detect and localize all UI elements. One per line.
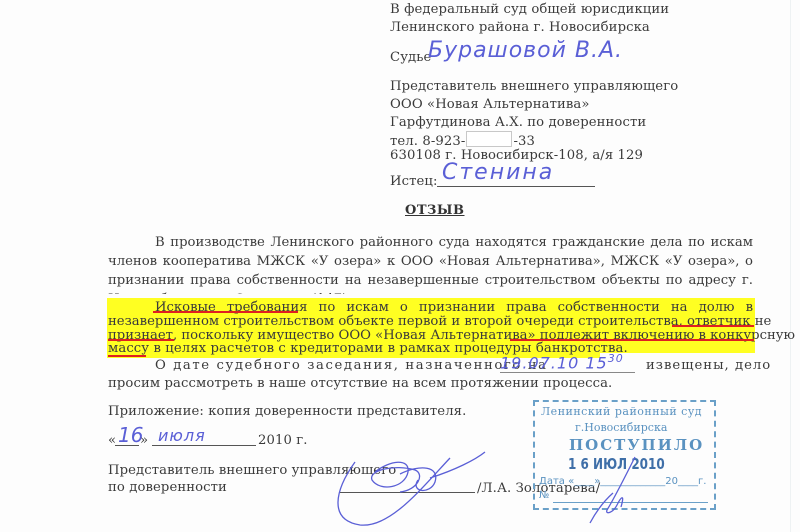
red-underline-subject-inclusion — [510, 339, 754, 341]
para3-line1-after: извещены, дело — [646, 358, 771, 374]
court-addressee-line1: В федеральный суд общей юрисдикции — [390, 2, 669, 18]
representative-name: Гарфутдинова А.Х. по доверенности — [390, 115, 646, 131]
date-month-underline — [152, 445, 256, 446]
red-underline-defendant — [672, 325, 754, 327]
date-month-handwritten: июля — [158, 426, 206, 445]
date-year: 2010 г. — [258, 433, 308, 449]
para1-line1: В производстве Ленинского районного суда… — [155, 233, 753, 253]
date-close-quote: » — [140, 433, 148, 449]
para3-line1-before: О дате судебного заседания, назначенного… — [155, 358, 548, 374]
red-underline-mass — [108, 355, 146, 357]
stamp-number-field: № — [539, 490, 549, 501]
judge-label: Судье — [390, 50, 431, 66]
hearing-date-value: 19.07.10 15 — [500, 353, 608, 372]
judge-handwritten-name: Бурашовой В.А. — [428, 38, 623, 63]
attachment-note: Приложение: копия доверенности представи… — [108, 404, 466, 420]
signature-title-line2: по доверенности — [108, 480, 227, 496]
plaintiff-label: Истец: — [390, 174, 438, 190]
court-addressee-line2: Ленинского района г. Новосибирска — [390, 20, 650, 36]
hearing-time-minutes: 30 — [608, 352, 624, 365]
handwritten-signature-icon — [300, 450, 500, 530]
phone-redacted-box — [466, 131, 512, 147]
document-page: В федеральный суд общей юрисдикции Ленин… — [0, 0, 800, 532]
phone-prefix: тел. 8-923- — [390, 134, 465, 149]
phone-suffix: -33 — [513, 134, 535, 149]
red-underline-not-recognize — [108, 339, 174, 341]
stamp-court-name: Ленинский районный суд — [541, 405, 702, 418]
para1-line3: признании права собственности на незавер… — [108, 271, 753, 291]
plaintiff-handwritten-name: Стенина — [442, 160, 554, 185]
para1-line2: членов кооператива МЖСК «У озера» к ООО … — [108, 252, 753, 272]
stamp-initials-signature-icon — [585, 455, 645, 530]
plaintiff-underline — [437, 186, 595, 187]
hearing-date-underline — [500, 372, 635, 373]
document-title: ОТЗЫВ — [405, 203, 464, 218]
stamp-city: г.Новосибирска — [575, 421, 667, 434]
hearing-date-handwritten: 19.07.10 1530 — [500, 352, 624, 372]
stamp-received: ПОСТУПИЛО — [569, 436, 704, 454]
date-open-quote: « — [108, 433, 116, 449]
representative-line1: Представитель внешнего управляющего — [390, 79, 678, 95]
para3-line2: просим рассмотреть в наше отсутствие на … — [108, 376, 612, 392]
representative-company: ООО «Новая Альтернатива» — [390, 97, 590, 113]
red-underline-claims — [153, 311, 298, 313]
page-edge — [790, 0, 791, 532]
